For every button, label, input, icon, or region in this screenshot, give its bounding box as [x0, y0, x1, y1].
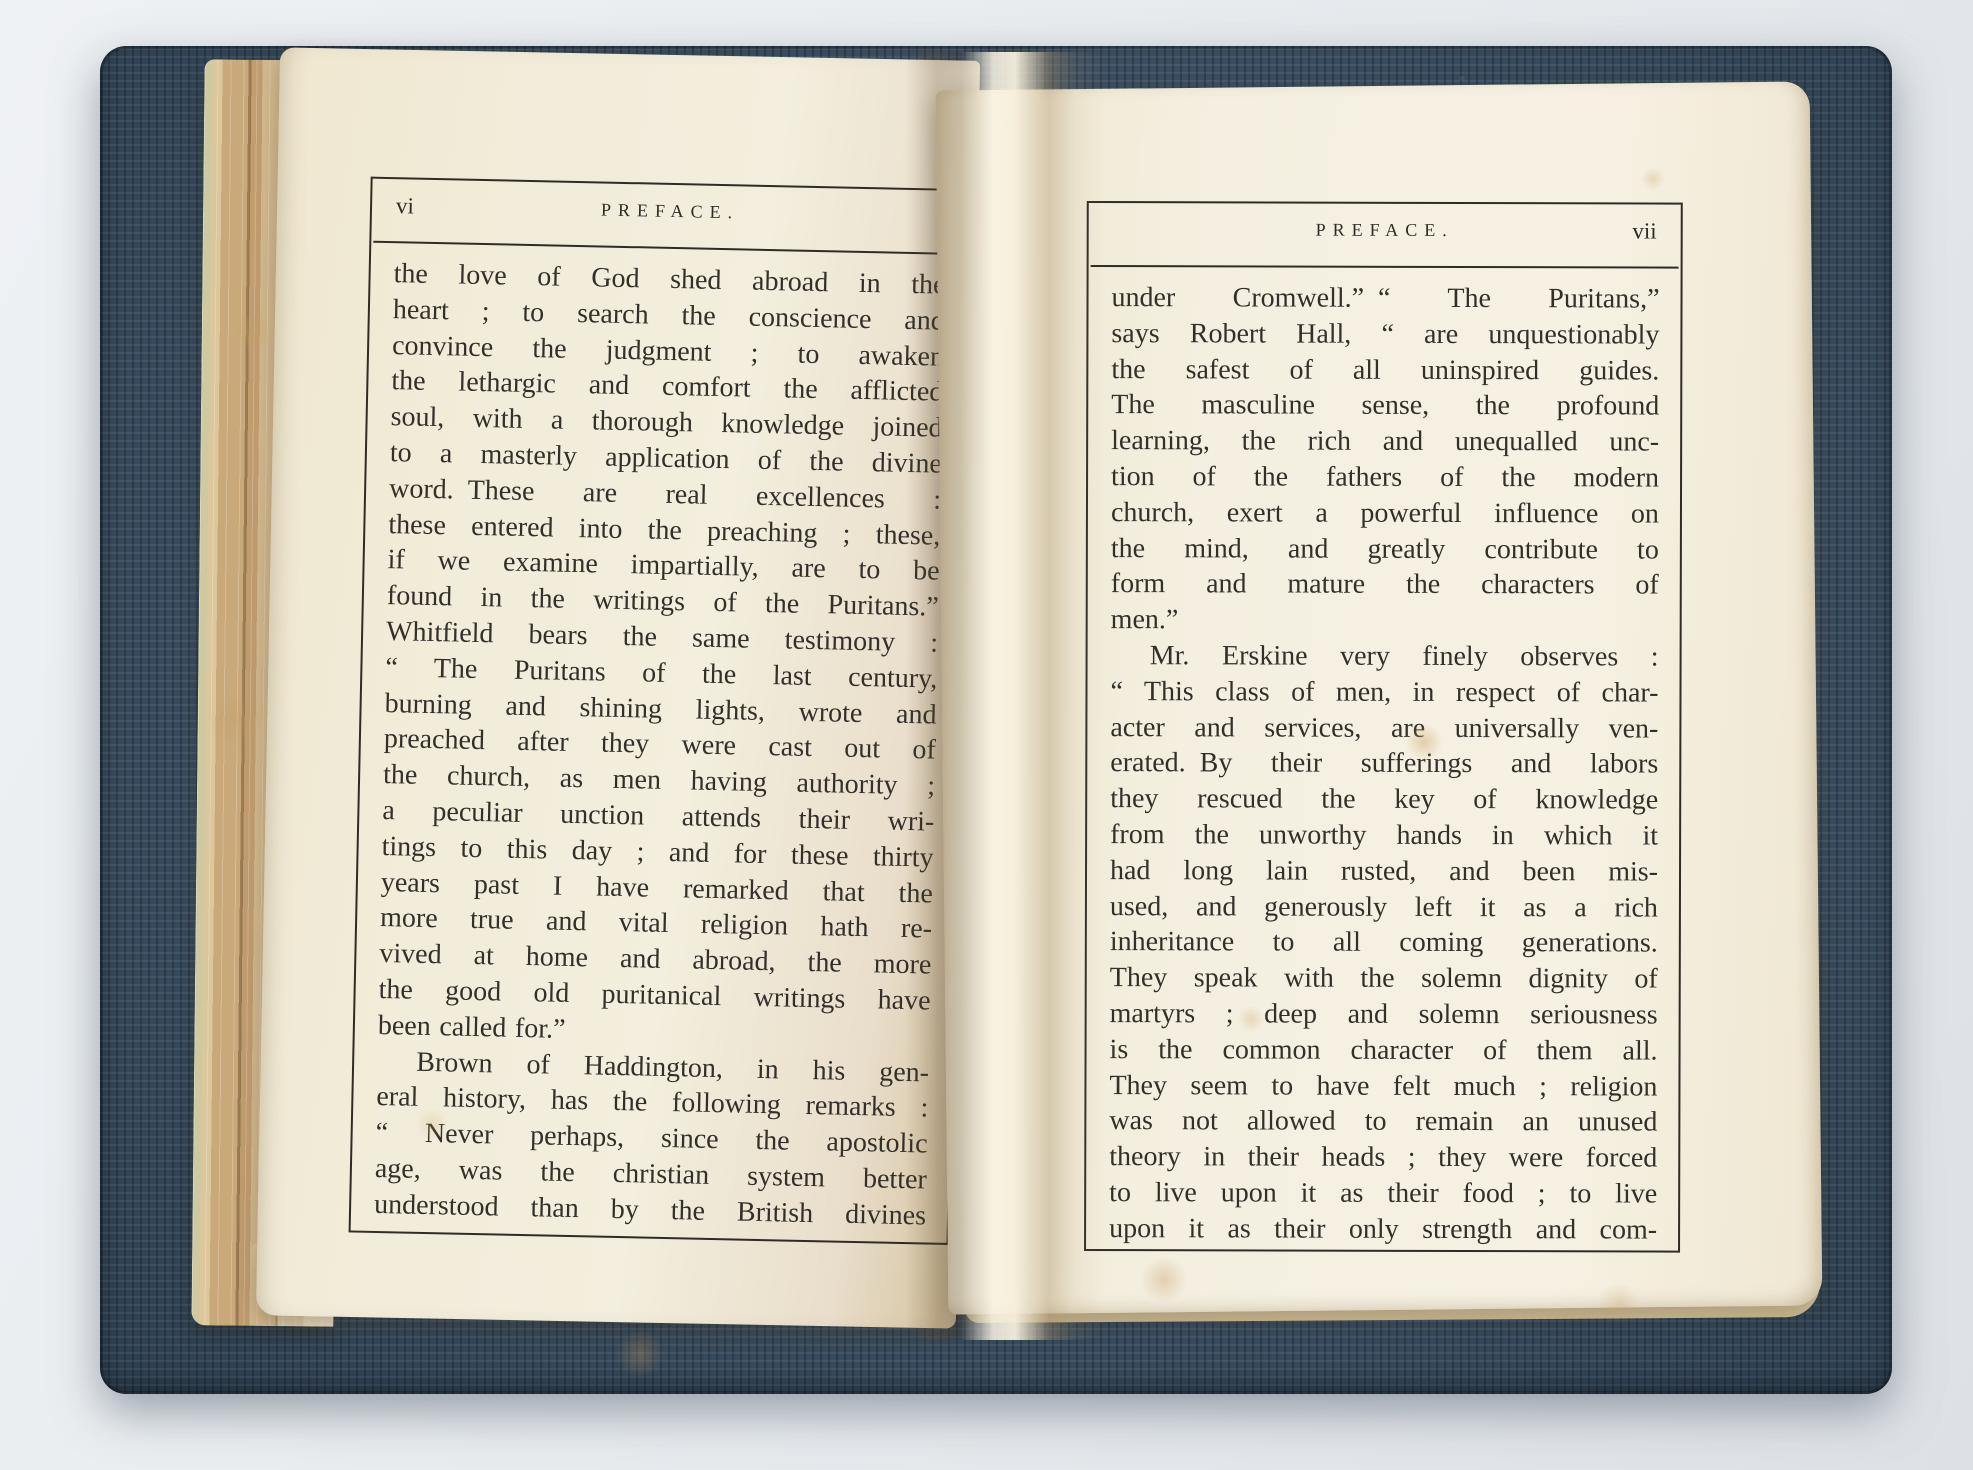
text-line: martyrs ; deep and solemn seriousness — [1110, 996, 1658, 1033]
text-line: under Cromwell.” “ The Puritans,” — [1111, 280, 1659, 317]
right-page-sheet: PREFACE. vii under Cromwell.” “ The Puri… — [936, 81, 1823, 1314]
text-line: says Robert Hall, “ are unquestionably — [1111, 316, 1659, 353]
text-line: acter and services, are universally ven- — [1110, 710, 1658, 747]
text-line: erated. By their sufferings and labors — [1110, 745, 1658, 782]
text-line: from the unworthy hands in which it — [1110, 817, 1658, 854]
text-line: they rescued the key of knowledge — [1110, 781, 1658, 818]
left-page-frame: vi PREFACE. the love of God shed abroad … — [349, 177, 971, 1245]
page-number: vii — [1632, 218, 1656, 244]
right-text-column: under Cromwell.” “ The Puritans,”says Ro… — [1086, 267, 1681, 1248]
running-title: PREFACE. — [601, 199, 740, 222]
text-line: The masculine sense, the profound — [1111, 387, 1659, 424]
text-line: men.” — [1111, 602, 1659, 639]
left-page-sheet: vi PREFACE. the love of God shed abroad … — [256, 47, 980, 1328]
right-page-frame: PREFACE. vii under Cromwell.” “ The Puri… — [1084, 201, 1683, 1253]
right-page-header: PREFACE. vii — [1091, 203, 1679, 269]
running-title: PREFACE. — [1316, 220, 1454, 240]
text-line: They speak with the solemn dignity of — [1110, 960, 1658, 997]
text-line: the mind, and greatly contribute to — [1111, 531, 1659, 568]
left-page-header: vi PREFACE. — [373, 179, 966, 255]
page-number: vi — [396, 193, 414, 219]
text-line: the safest of all uninspired guides. — [1111, 352, 1659, 389]
left-text-column: the love of God shed abroad in theheart … — [351, 243, 967, 1235]
text-line: church, exert a powerful influence on — [1111, 495, 1659, 532]
text-line: “ This class of men, in respect of char- — [1110, 674, 1658, 711]
text-line: form and mature the characters of — [1111, 566, 1659, 603]
text-line: had long lain rusted, and been mis- — [1110, 853, 1658, 890]
text-line: theory in their heads ; they were forced — [1109, 1139, 1657, 1176]
text-line: is the common character of them all. — [1110, 1032, 1658, 1069]
text-line: They seem to have felt much ; religion — [1109, 1068, 1657, 1105]
book-photo: vi PREFACE. the love of God shed abroad … — [0, 0, 1973, 1470]
text-line: to live upon it as their food ; to live — [1109, 1175, 1657, 1212]
text-line: was not allowed to remain an unused — [1109, 1103, 1657, 1140]
text-line: learning, the rich and unequalled unc- — [1111, 423, 1659, 460]
text-line: used, and generously left it as a rich — [1110, 889, 1658, 926]
text-line: tion of the fathers of the modern — [1111, 459, 1659, 496]
text-line: inheritance to all coming generations. — [1110, 924, 1658, 961]
text-line: upon it as their only strength and com- — [1109, 1211, 1657, 1248]
text-line: Mr. Erskine very finely observes : — [1111, 638, 1659, 675]
